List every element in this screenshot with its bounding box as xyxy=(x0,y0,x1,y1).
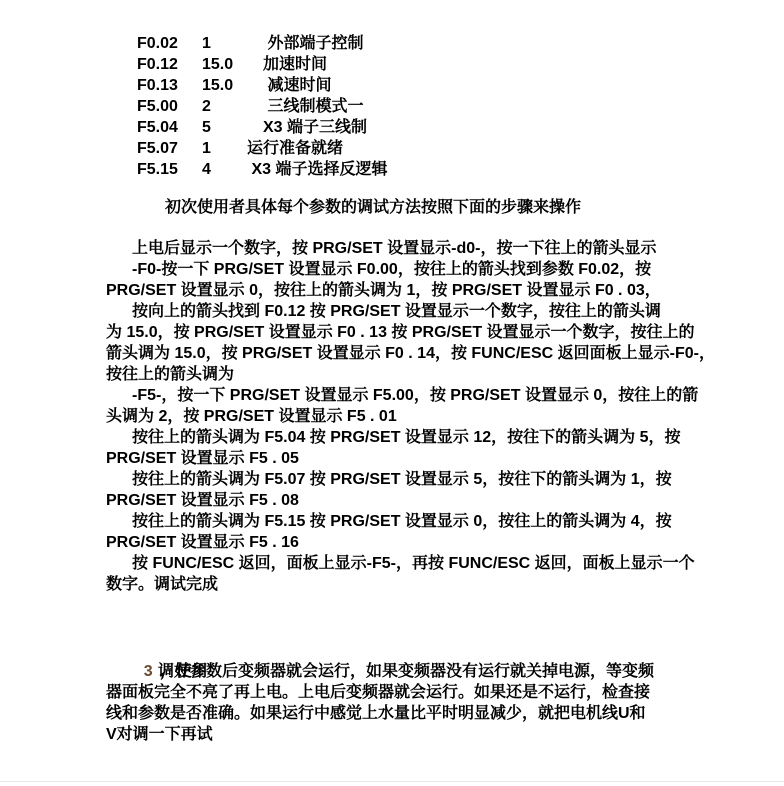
param-code: F0.02 xyxy=(137,33,178,54)
param-code: F0.13 xyxy=(137,75,178,96)
table-row: F5.045 X3 端子三线制 xyxy=(0,117,784,138)
table-row: F0.1215.0 加速时间 xyxy=(0,54,784,75)
step-text-line: PRG/SET 设置显示 F5 . 16 xyxy=(106,532,706,553)
step-text-line: 数字。调试完成 xyxy=(106,574,706,595)
param-code: F5.15 xyxy=(137,159,178,180)
param-value: 1 xyxy=(202,33,211,54)
param-code: F0.12 xyxy=(137,54,178,75)
param-desc: X3 端子三线制 xyxy=(247,117,367,138)
param-desc: 运行准备就绪 xyxy=(247,138,343,159)
table-row: F0.021 外部端子控制 xyxy=(0,33,784,54)
step-text-line: 按往上的箭头调为 F5.04 按 PRG/SET 设置显示 12，按往下的箭头调… xyxy=(106,427,706,448)
step-text-line: 按 FUNC/ESC 返回，面板上显示-F5-，再按 FUNC/ESC 返回，面… xyxy=(106,553,706,574)
step-text-line: -F5-，按一下 PRG/SET 设置显示 F5.00，按 PRG/SET 设置… xyxy=(106,385,706,406)
param-desc: 加速时间 xyxy=(247,54,327,75)
usage-paragraph: 调好参数后变频器就会运行，如果变频器没有运行就关掉电源，等变频器面板完全不亮了再… xyxy=(106,661,726,745)
step-text-line: 箭头调为 15.0，按 PRG/SET 设置显示 F0 . 14，按 FUNC/… xyxy=(106,343,706,364)
step-text-line: 按向上的箭头找到 F0.12 按 PRG/SET 设置显示一个数字，按往上的箭头… xyxy=(106,301,706,322)
param-desc: 减速时间 xyxy=(247,75,331,96)
step-text-line: PRG/SET 设置显示 F5 . 08 xyxy=(106,490,706,511)
param-value: 1 xyxy=(202,138,211,159)
step-text-line: PRG/SET 设置显示 0，按往上的箭头调为 1，按 PRG/SET 设置显示… xyxy=(106,280,706,301)
usage-text-line: 线和参数是否准确。如果运行中感觉上水量比平时明显减少，就把电机线U和 xyxy=(106,703,726,724)
param-code: F5.07 xyxy=(137,138,178,159)
param-value: 15.0 xyxy=(202,54,233,75)
param-value: 4 xyxy=(202,159,211,180)
page-bottom-edge xyxy=(0,781,784,782)
param-value: 2 xyxy=(202,96,211,117)
table-row: F5.071运行准备就绪 xyxy=(0,138,784,159)
step-text-line: 为 15.0，按 PRG/SET 设置显示 F0 . 13 按 PRG/SET … xyxy=(106,322,706,343)
usage-text-line: 器面板完全不亮了再上电。上电后变频器就会运行。如果还是不运行，检查接 xyxy=(106,682,726,703)
param-code: F5.04 xyxy=(137,117,178,138)
step-text-line: 按往上的箭头调为 F5.15 按 PRG/SET 设置显示 0，按往上的箭头调为… xyxy=(106,511,706,532)
param-code: F5.00 xyxy=(137,96,178,117)
param-desc: 外部端子控制 xyxy=(247,33,363,54)
step-text-line: PRG/SET 设置显示 F5 . 05 xyxy=(106,448,706,469)
step-text-line: 上电后显示一个数字，按 PRG/SET 设置显示-d0-，按一下往上的箭头显示 xyxy=(106,238,706,259)
usage-text-line: V对调一下再试 xyxy=(106,724,726,745)
step-text-line: 头调为 2，按 PRG/SET 设置显示 F5 . 01 xyxy=(106,406,706,427)
table-row: F5.154 X3 端子选择反逻辑 xyxy=(0,159,784,180)
param-value: 5 xyxy=(202,117,211,138)
step-text-line: 按往上的箭头调为 xyxy=(106,364,706,385)
step-text-line: -F0-按一下 PRG/SET 设置显示 F0.00，按往上的箭头找到参数 F0… xyxy=(106,259,706,280)
steps-heading: 初次使用者具体每个参数的调试方法按照下面的步骤来操作 xyxy=(165,197,581,218)
step-text-line: 按往上的箭头调为 F5.07 按 PRG/SET 设置显示 5，按往下的箭头调为… xyxy=(106,469,706,490)
document-page: F0.021 外部端子控制F0.1215.0 加速时间F0.1315.0 减速时… xyxy=(0,0,784,786)
table-row: F5.002 三线制模式一 xyxy=(0,96,784,117)
parameter-table: F0.021 外部端子控制F0.1215.0 加速时间F0.1315.0 减速时… xyxy=(0,33,784,180)
usage-text-line: 调好参数后变频器就会运行，如果变频器没有运行就关掉电源，等变频 xyxy=(106,661,726,682)
steps-paragraphs: 上电后显示一个数字，按 PRG/SET 设置显示-d0-，按一下往上的箭头显示-… xyxy=(106,238,706,595)
param-value: 15.0 xyxy=(202,75,233,96)
table-row: F0.1315.0 减速时间 xyxy=(0,75,784,96)
param-desc: 三线制模式一 xyxy=(247,96,363,117)
param-desc: X3 端子选择反逻辑 xyxy=(247,159,387,180)
